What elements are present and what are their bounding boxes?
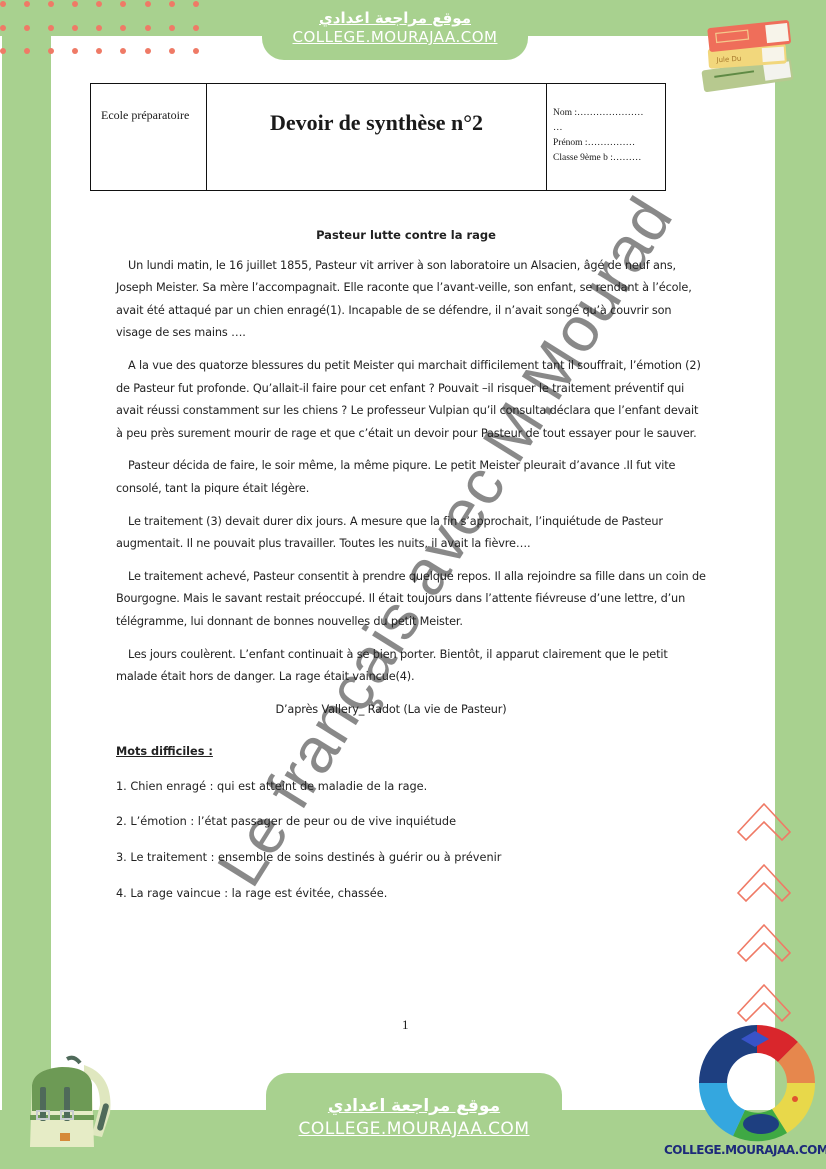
decorative-dot <box>0 1 6 7</box>
banner-url-link[interactable]: COLLEGE.MOURAJAA.COM <box>266 1117 562 1141</box>
paragraph: Le traitement achevé, Pasteur consentit … <box>116 566 706 634</box>
paragraph: A la vue des quatorze blessures du petit… <box>116 355 706 445</box>
decorative-dot <box>24 25 30 31</box>
decorative-dot <box>72 48 78 54</box>
decorative-dot <box>193 1 199 7</box>
decorative-dot <box>48 1 54 7</box>
text-source: D’après Vallery_ Radot (La vie de Pasteu… <box>76 699 706 722</box>
decorative-dot <box>193 25 199 31</box>
decorative-dot <box>169 48 175 54</box>
decorative-dot <box>0 48 6 54</box>
decorative-dot <box>96 1 102 7</box>
chevron-up-icon <box>736 853 792 909</box>
books-icon: Jule Du <box>694 12 804 94</box>
college-logo[interactable] <box>697 1023 817 1143</box>
page-number: 1 <box>402 1017 409 1033</box>
banner-arabic-label[interactable]: موقع مراجعة اعدادي <box>262 0 528 27</box>
vocabulary-item: 3. Le traitement : ensemble de soins des… <box>116 847 706 870</box>
student-info-fields: Nom :………………… … Prénom :…………… Classe 9ème… <box>547 84 665 190</box>
paragraph: Un lundi matin, le 16 juillet 1855, Past… <box>116 255 706 345</box>
chevron-up-icon <box>736 973 792 1029</box>
class-field[interactable]: Classe 9ème b :……… <box>553 151 665 166</box>
vocabulary-item: 2. L’émotion : l’état passager de peur o… <box>116 811 706 834</box>
paragraph: Pasteur décida de faire, le soir même, l… <box>116 455 706 500</box>
exam-title: Devoir de synthèse n°2 <box>207 84 547 190</box>
exam-header-table: Ecole préparatoire Devoir de synthèse n°… <box>90 83 666 191</box>
text-title: Pasteur lutte contre la rage <box>106 224 706 247</box>
vocabulary-item: 1. Chien enragé : qui est atteint de mal… <box>116 776 706 799</box>
decorative-dot <box>120 1 126 7</box>
name-field-continued: … <box>553 121 665 136</box>
backpack-icon <box>12 1055 112 1155</box>
first-name-field[interactable]: Prénom :…………… <box>553 136 665 151</box>
top-site-banner[interactable]: موقع مراجعة اعدادي COLLEGE.MOURAJAA.COM <box>262 0 528 60</box>
decorative-dot <box>169 25 175 31</box>
decorative-dot <box>48 25 54 31</box>
banner-url-link[interactable]: COLLEGE.MOURAJAA.COM <box>262 27 528 47</box>
school-name: Ecole préparatoire <box>91 84 207 190</box>
chevron-up-icon <box>736 913 792 969</box>
decorative-dot <box>193 48 199 54</box>
decorative-dot <box>145 25 151 31</box>
decorative-dot <box>72 1 78 7</box>
vocabulary-list: 1. Chien enragé : qui est atteint de mal… <box>116 776 706 905</box>
dot-pattern-decoration <box>0 0 210 56</box>
decorative-dot <box>96 48 102 54</box>
banner-arabic-label[interactable]: موقع مراجعة اعدادي <box>266 1073 562 1117</box>
chevron-up-icon <box>736 792 792 848</box>
left-border-band <box>2 0 51 1169</box>
decorative-dot <box>145 48 151 54</box>
decorative-dot <box>120 48 126 54</box>
vocabulary-heading: Mots difficiles : <box>116 741 706 764</box>
college-logo-text[interactable]: COLLEGE.MOURAJAA.COM <box>664 1143 824 1157</box>
decorative-dot <box>145 1 151 7</box>
name-field[interactable]: Nom :………………… <box>553 106 665 121</box>
decorative-dot <box>24 48 30 54</box>
decorative-dot <box>120 25 126 31</box>
bottom-site-banner[interactable]: موقع مراجعة اعدادي COLLEGE.MOURAJAA.COM <box>266 1073 562 1133</box>
paragraph: Le traitement (3) devait durer dix jours… <box>116 511 706 556</box>
vocabulary-item: 4. La rage vaincue : la rage est évitée,… <box>116 883 706 906</box>
decorative-dot <box>48 48 54 54</box>
decorative-dot <box>96 25 102 31</box>
decorative-dot <box>0 25 6 31</box>
decorative-dot <box>169 1 175 7</box>
paragraph: Les jours coulèrent. L’enfant continuait… <box>116 644 706 689</box>
reading-text: Pasteur lutte contre la rage Un lundi ma… <box>116 224 706 918</box>
decorative-dot <box>24 1 30 7</box>
decorative-dot <box>72 25 78 31</box>
